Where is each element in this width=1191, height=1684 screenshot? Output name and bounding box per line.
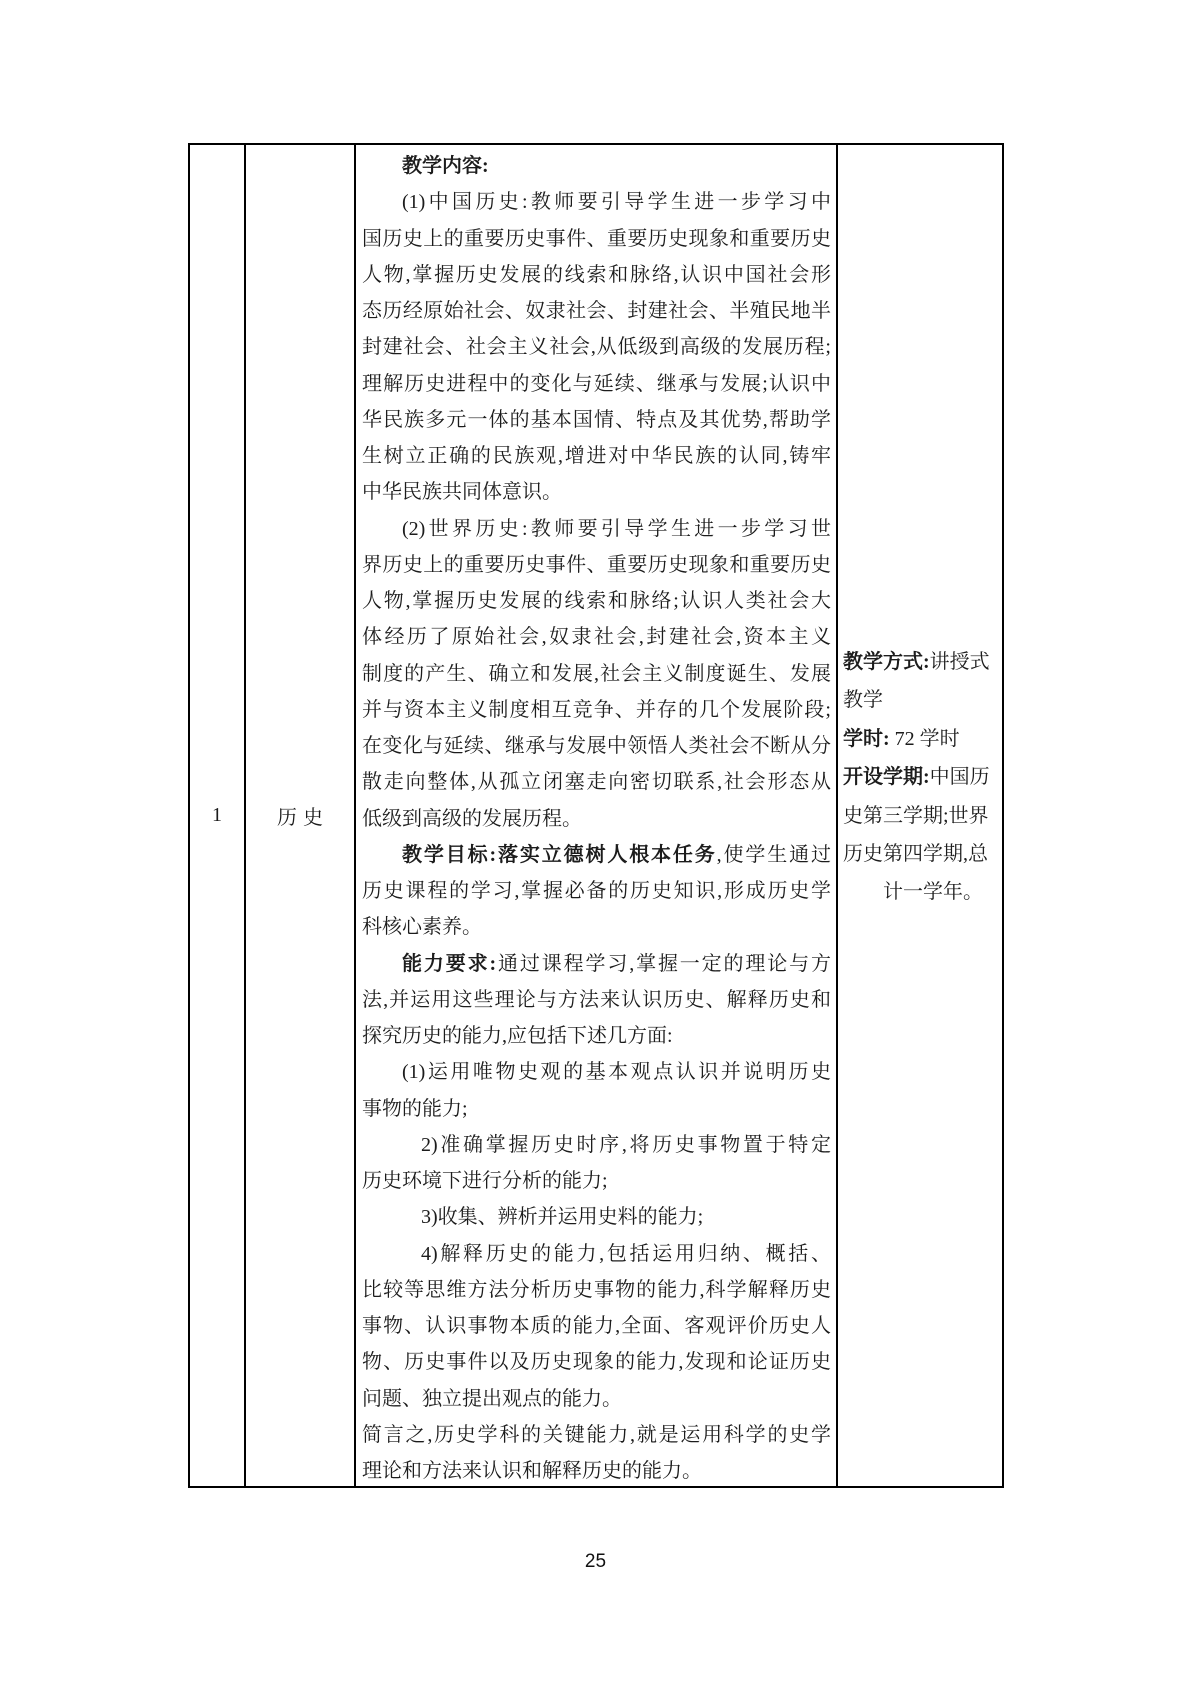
text-line: 学时: 72 学时 xyxy=(843,720,998,758)
table-cell-content: 教学内容:(1)中国历史:教师要引导学生进一步学习中国历史上的重要历史事件、重要… xyxy=(356,145,838,1486)
page-number: 25 xyxy=(0,1551,1191,1573)
row-index: 1 xyxy=(212,804,222,827)
text-line: 简言之,历史学科的关键能力,就是运用科学的史学 xyxy=(362,1417,831,1453)
text-line: 教学方式:讲授式 xyxy=(843,643,998,681)
text-line: 散走向整体,从孤立闭塞走向密切联系,社会形态从 xyxy=(362,764,831,800)
text-line: 华民族多元一体的基本国情、特点及其优势,帮助学 xyxy=(362,402,831,438)
text-line: 物、历史事件以及历史现象的能力,发现和论证历史 xyxy=(362,1344,831,1380)
table-cell-subject: 历史 xyxy=(246,145,356,1486)
table-cell-info: 教学方式:讲授式教学学时: 72 学时开设学期:中国历史第三学期;世界历史第四学… xyxy=(838,145,1002,1486)
text-line: 法,并运用这些理论与方法来认识历史、解释历史和 xyxy=(362,982,831,1018)
text-line: 封建社会、社会主义社会,从低级到高级的发展历程; xyxy=(362,329,831,365)
text-line: 态历经原始社会、奴隶社会、封建社会、半殖民地半 xyxy=(362,293,831,329)
text-line: 人物,掌握历史发展的线索和脉络,认识中国社会形 xyxy=(362,257,831,293)
text-line: 制度的产生、确立和发展,社会主义制度诞生、发展 xyxy=(362,656,831,692)
text-line: 史第三学期;世界 xyxy=(843,797,998,835)
text-line: 教学目标:落实立德树人根本任务,使学生通过 xyxy=(362,837,831,873)
text-line: 问题、独立提出观点的能力。 xyxy=(362,1381,831,1417)
text-line: 理解历史进程中的变化与延续、继承与发展;认识中 xyxy=(362,366,831,402)
text-line: 生树立正确的民族观,增进对中华民族的认同,铸牢 xyxy=(362,438,831,474)
text-line: 人物,掌握历史发展的线索和脉络;认识人类社会大 xyxy=(362,583,831,619)
text-line: 4)解释历史的能力,包括运用归纳、概括、 xyxy=(362,1236,831,1272)
text-line: 在变化与延续、继承与发展中领悟人类社会不断从分 xyxy=(362,728,831,764)
text-line: 并与资本主义制度相互竞争、并存的几个发展阶段; xyxy=(362,692,831,728)
text-line: 事物的能力; xyxy=(362,1091,831,1127)
text-line: 界历史上的重要历史事件、重要历史现象和重要历史 xyxy=(362,547,831,583)
document-page: 1 历史 教学内容:(1)中国历史:教师要引导学生进一步学习中国历史上的重要历史… xyxy=(0,0,1191,1684)
text-line: 3)收集、辨析并运用史料的能力; xyxy=(362,1199,831,1235)
table-cell-index: 1 xyxy=(190,145,246,1486)
text-line: 科核心素养。 xyxy=(362,909,831,945)
text-line: 比较等思维方法分析历史事物的能力,科学解释历史 xyxy=(362,1272,831,1308)
text-line: 教学 xyxy=(843,681,998,719)
text-line: 事物、认识事物本质的能力,全面、客观评价历史人 xyxy=(362,1308,831,1344)
text-line: (1)中国历史:教师要引导学生进一步学习中 xyxy=(362,184,831,220)
text-line: (1)运用唯物史观的基本观点认识并说明历史 xyxy=(362,1054,831,1090)
text-line: 计一学年。 xyxy=(843,873,998,911)
text-line: 体经历了原始社会,奴隶社会,封建社会,资本主义 xyxy=(362,619,831,655)
text-line: 历史第四学期,总 xyxy=(843,835,998,873)
text-line: 中华民族共同体意识。 xyxy=(362,474,831,510)
text-line: 历史课程的学习,掌握必备的历史知识,形成历史学 xyxy=(362,873,831,909)
text-line: (2)世界历史:教师要引导学生进一步学习世 xyxy=(362,511,831,547)
text-line: 开设学期:中国历 xyxy=(843,758,998,796)
text-line: 探究历史的能力,应包括下述几方面: xyxy=(362,1018,831,1054)
text-line: 能力要求:通过课程学习,掌握一定的理论与方 xyxy=(362,946,831,982)
text-line: 低级到高级的发展历程。 xyxy=(362,801,831,837)
course-table: 1 历史 教学内容:(1)中国历史:教师要引导学生进一步学习中国历史上的重要历史… xyxy=(188,143,1004,1488)
text-line: 教学内容: xyxy=(362,148,831,184)
text-line: 2)准确掌握历史时序,将历史事物置于特定 xyxy=(362,1127,831,1163)
text-line: 理论和方法来认识和解释历史的能力。 xyxy=(362,1453,831,1486)
text-line: 国历史上的重要历史事件、重要历史现象和重要历史 xyxy=(362,221,831,257)
text-line: 历史环境下进行分析的能力; xyxy=(362,1163,831,1199)
subject-label: 历史 xyxy=(271,801,329,830)
